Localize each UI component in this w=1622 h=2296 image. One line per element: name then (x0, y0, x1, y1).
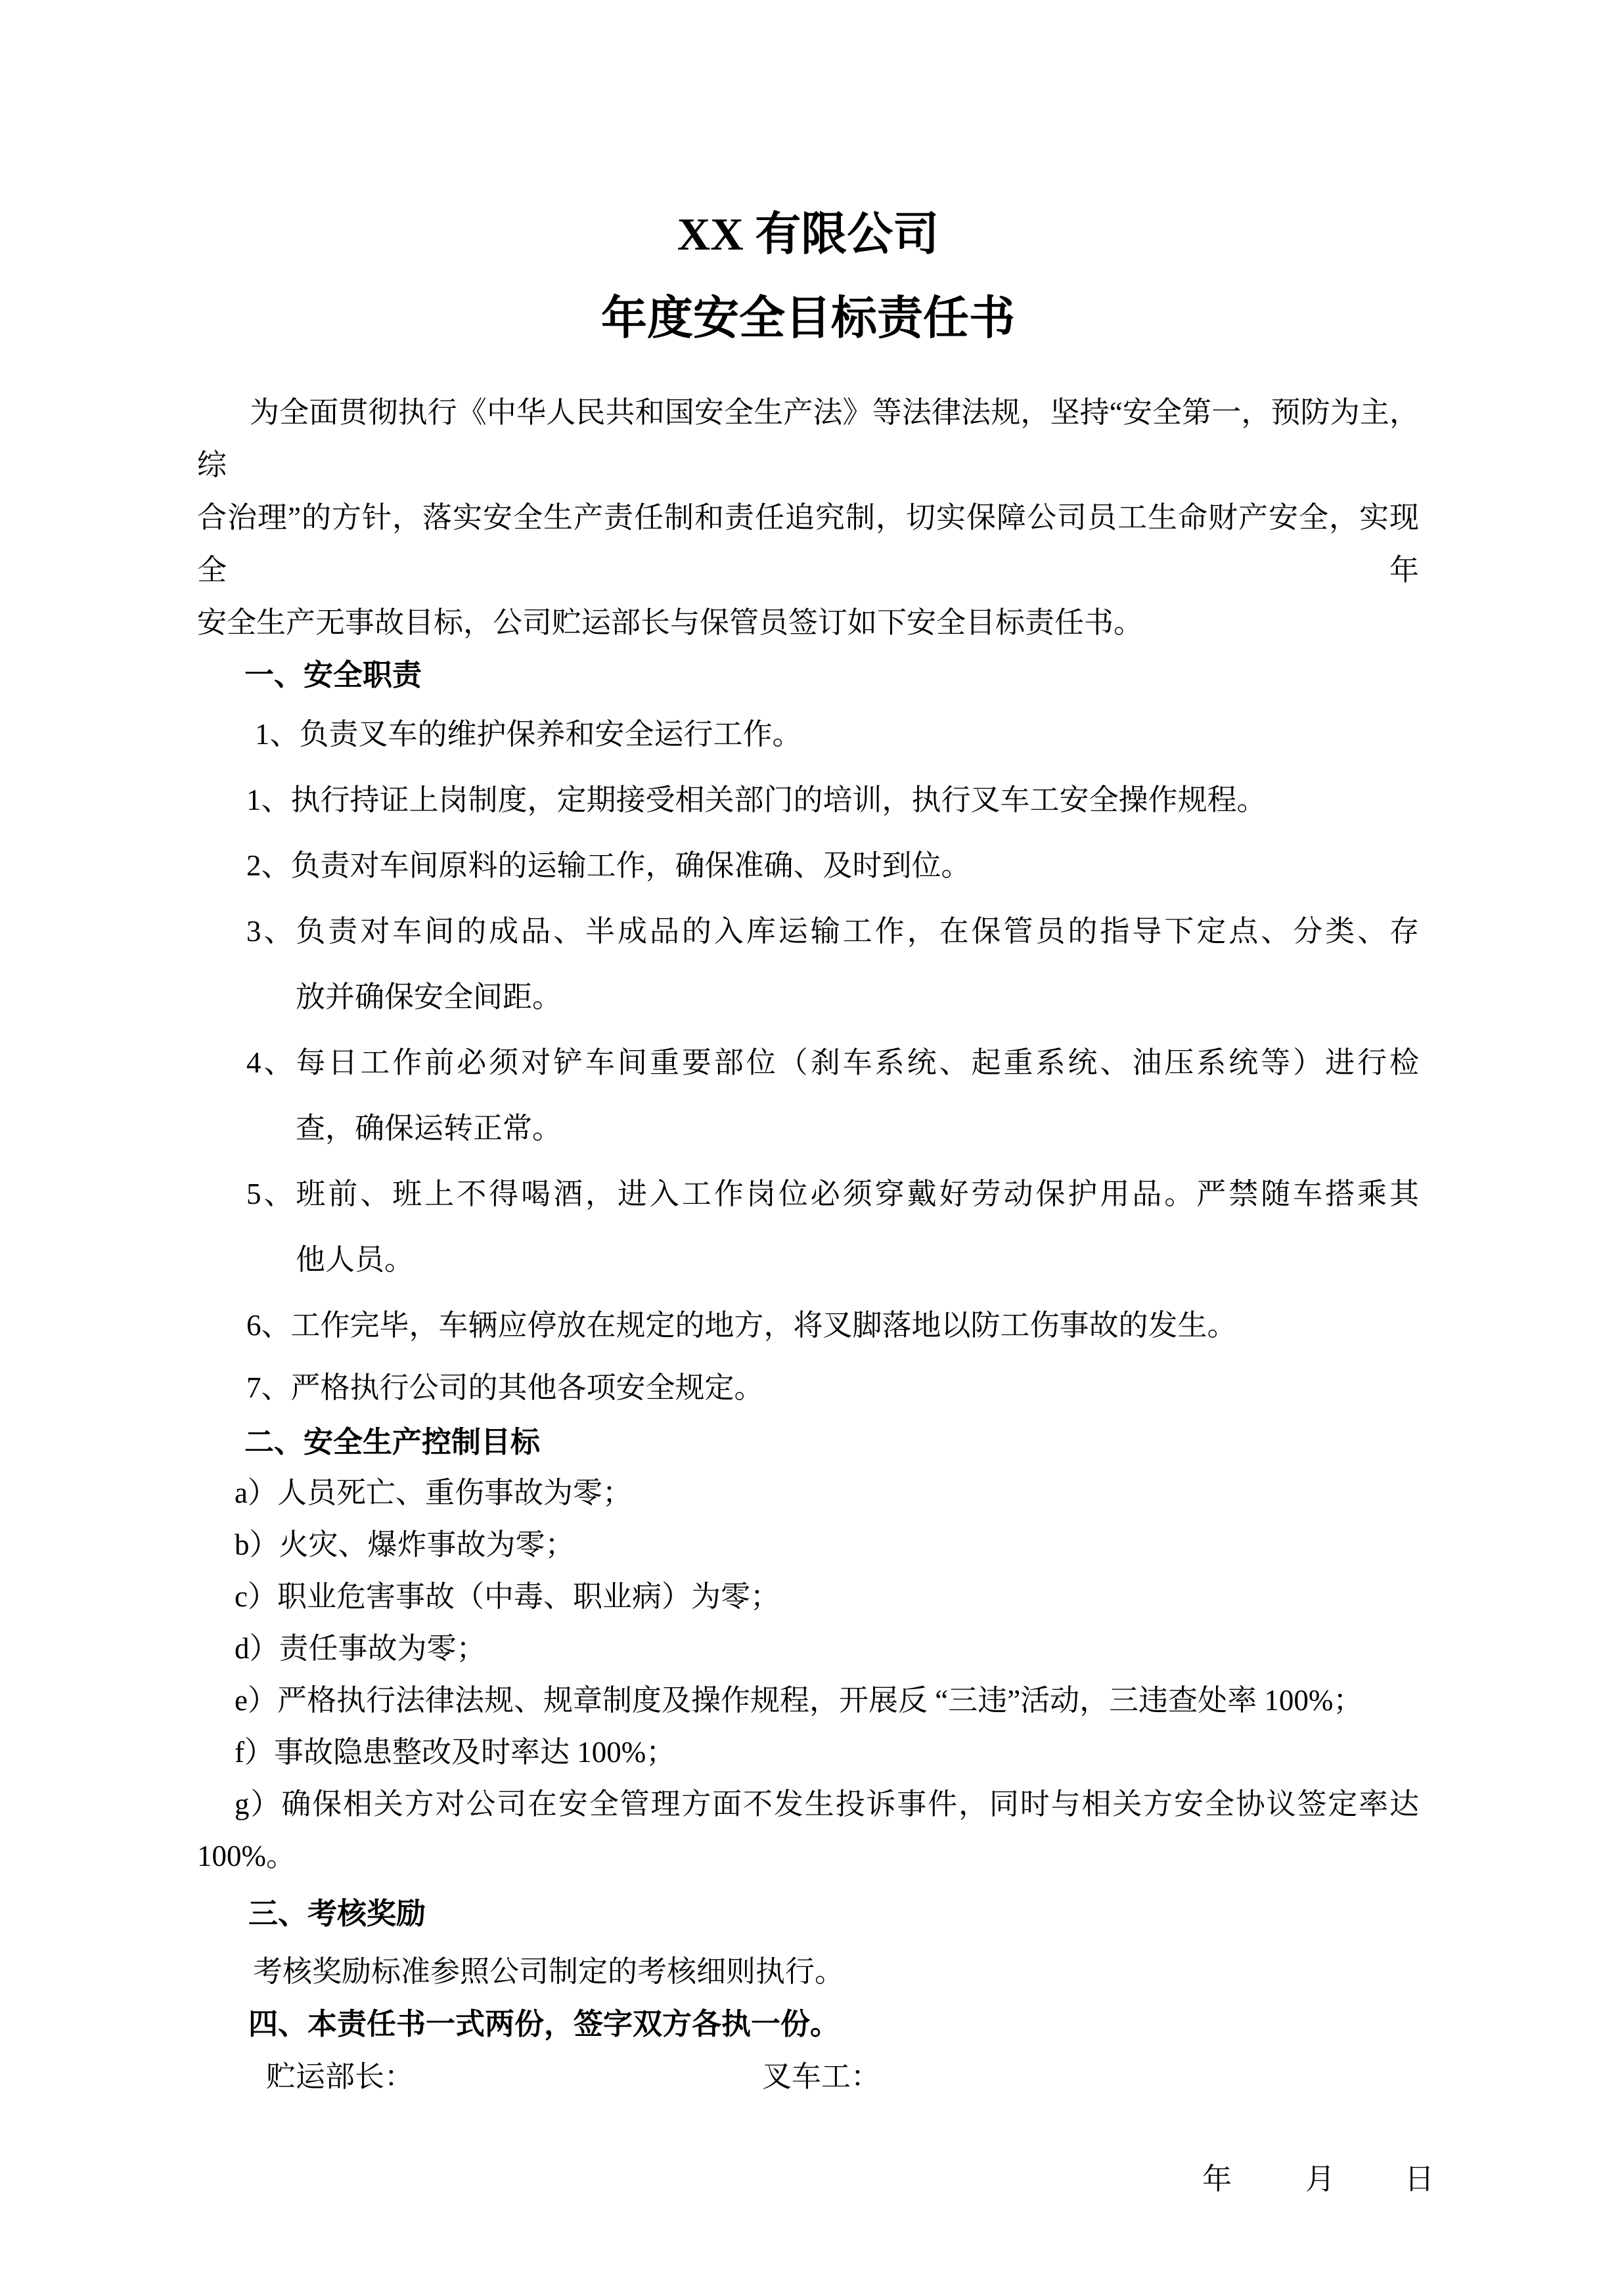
document-content: XX 有限公司 年度安全目标责任书 为全面贯彻执行《中华人民共和国安全生产法》等… (197, 190, 1419, 2205)
section1-item-2: 2、负责对车间原料的运输工作，确保准确、及时到位。 (197, 833, 1419, 898)
document-title: 年度安全目标责任书 (197, 280, 1419, 359)
section2-item-a: a）人员死亡、重伤事故为零； (197, 1467, 1419, 1519)
date-year-label: 年 (1202, 2153, 1232, 2205)
signature-storage-manager-label: 贮运部长： (266, 2050, 414, 2103)
section2-item-d: d）责任事故为零； (197, 1623, 1419, 1675)
signature-forklift-operator-label: 叉车工： (762, 2050, 880, 2103)
section1-item-5: 5、班前、班上不得喝酒，进入工作岗位必须穿戴好劳动保护用品。严禁随车搭乘其 (197, 1161, 1419, 1227)
section1-item-7: 7、严格执行公司的其他各项安全规定。 (197, 1358, 1419, 1417)
section3-heading: 三、考核奖励 (197, 1882, 1419, 1945)
section1-heading: 一、安全职责 (197, 649, 1419, 701)
section1-item-6: 6、工作完毕，车辆应停放在规定的地方，将叉脚落地以防工伤事故的发生。 (197, 1292, 1419, 1358)
signature-row: 贮运部长： 叉车工： (197, 2050, 1419, 2103)
section2-heading: 二、安全生产控制目标 (197, 1417, 1419, 1467)
section1-item-4-cont: 查，确保运转正常。 (197, 1095, 1419, 1161)
intro-line-3: 安全生产无事故目标，公司贮运部长与保管员签订如下安全目标责任书。 (197, 596, 1419, 649)
intro-line-2: 合治理”的方针，落实安全生产责任制和责任追究制，切实保障公司员工生命财产安全，实… (197, 491, 1419, 596)
section2-item-b: b）火灾、爆炸事故为零； (197, 1519, 1419, 1571)
section2-item-g-cont: 100%。 (197, 1830, 1419, 1882)
section2-item-g: g）确保相关方对公司在安全管理方面不发生投诉事件，同时与相关方安全协议签定率达 (197, 1778, 1419, 1830)
document-page: XX 有限公司 年度安全目标责任书 为全面贯彻执行《中华人民共和国安全生产法》等… (0, 0, 1622, 2296)
section1-item-3-cont: 放并确保安全间距。 (197, 964, 1419, 1030)
section1-item-3: 3、负责对车间的成品、半成品的入库运输工作，在保管员的指导下定点、分类、存 (197, 898, 1419, 964)
section1-item-4: 4、每日工作前必须对铲车间重要部位（刹车系统、起重系统、油压系统等）进行检 (197, 1030, 1419, 1095)
date-day-label: 日 (1405, 2153, 1434, 2205)
section3-body: 考核奖励标准参照公司制定的考核细则执行。 (197, 1945, 1419, 1998)
date-month-label: 月 (1305, 2153, 1335, 2205)
section2-item-e: e）严格执行法律法规、规章制度及操作规程，开展反 “三违”活动，三违查处率 10… (197, 1675, 1419, 1727)
section1-item-1a: 1、负责叉车的维护保养和安全运行工作。 (197, 701, 1419, 767)
section2-item-c: c）职业危害事故（中毒、职业病）为零； (197, 1571, 1419, 1623)
date-row: 年 月 日 (197, 2153, 1419, 2205)
section4-heading: 四、本责任书一式两份，签字双方各执一份。 (197, 1998, 1419, 2050)
intro-line-1: 为全面贯彻执行《中华人民共和国安全生产法》等法律法规，坚持“安全第一，预防为主，… (197, 386, 1419, 491)
section2-item-f: f）事故隐患整改及时率达 100%； (197, 1727, 1419, 1778)
section1-item-1b: 1、执行持证上岗制度，定期接受相关部门的培训，执行叉车工安全操作规程。 (197, 767, 1419, 833)
company-title: XX 有限公司 (197, 190, 1419, 280)
section1-item-5-cont: 他人员。 (197, 1227, 1419, 1292)
